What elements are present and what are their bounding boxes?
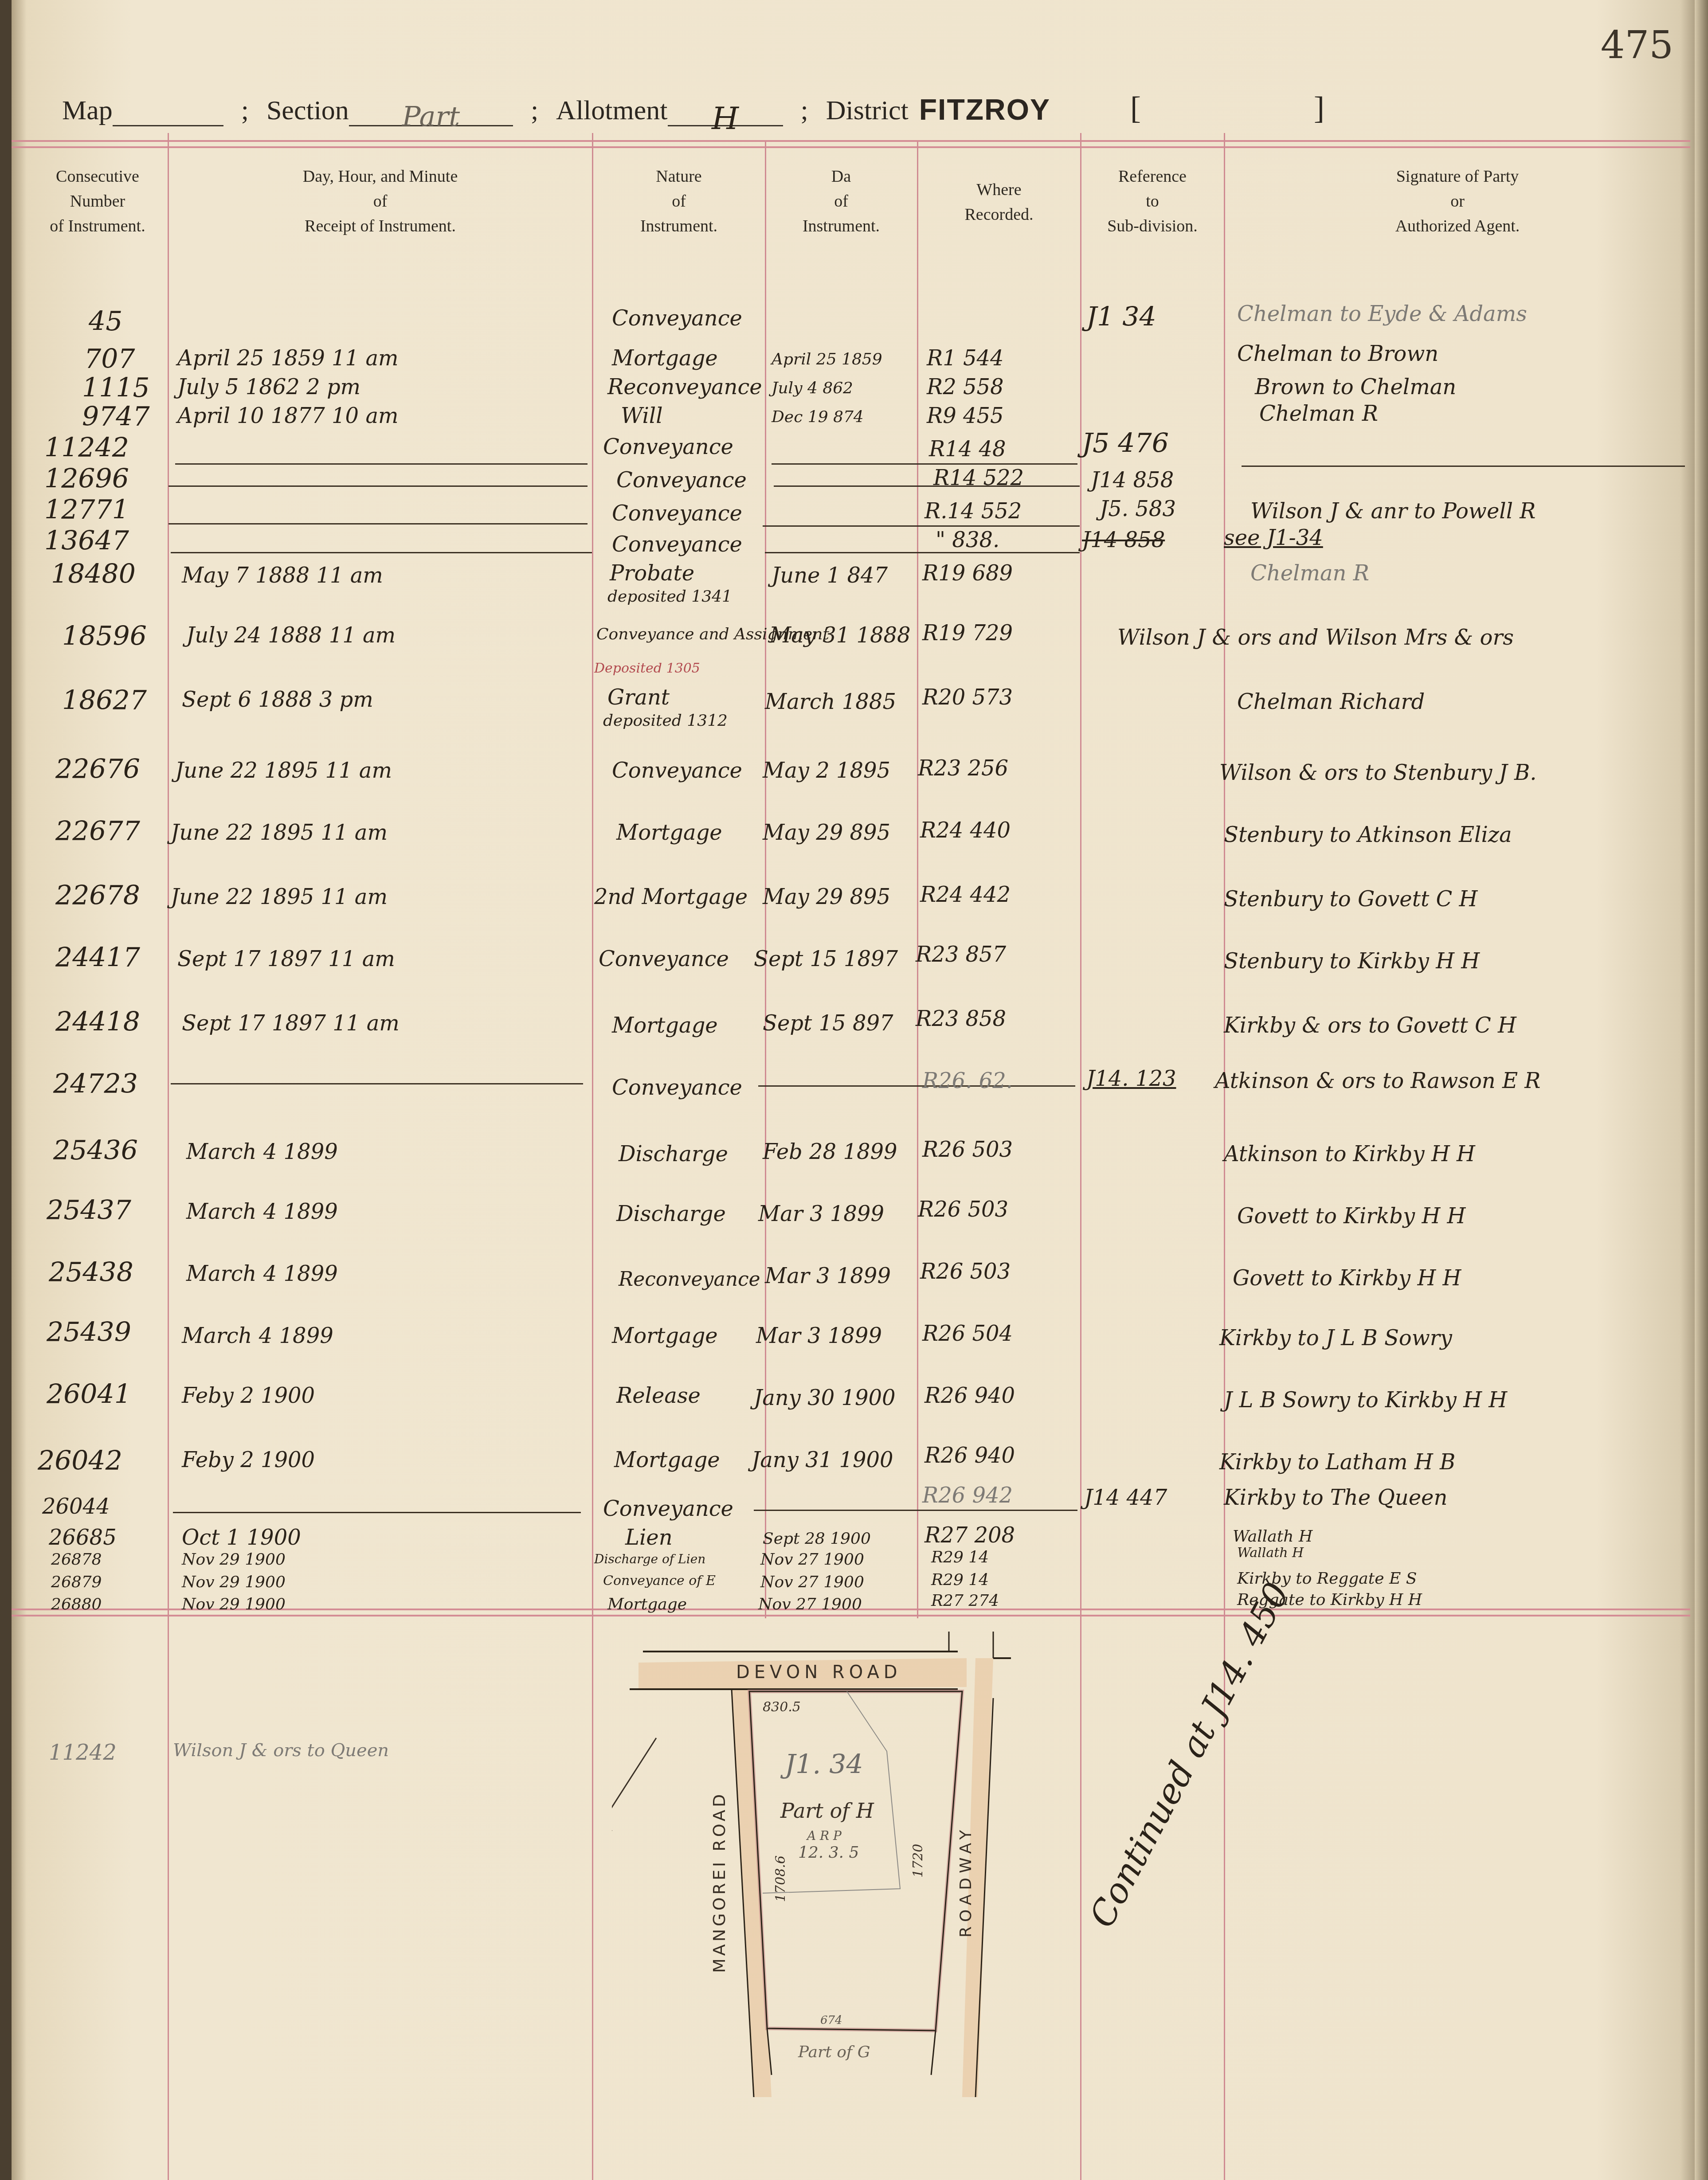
- entry-where: R26 503: [920, 1259, 1011, 1284]
- entry-where: R23 858: [916, 1006, 1006, 1031]
- entry-where: R23 857: [916, 942, 1006, 967]
- entry-date: Sept 15 1897: [754, 947, 898, 971]
- entry-nature: Discharge of Lien: [594, 1552, 705, 1566]
- entry-signature: Chelman to Eyde & Adams: [1237, 301, 1527, 326]
- entry-signature: J L B Sowry to Kirkby H H: [1224, 1388, 1507, 1413]
- entry-reference: J14. 123: [1086, 1066, 1176, 1091]
- entry-signature: Chelman Richard: [1237, 689, 1425, 714]
- column-divider: [1080, 133, 1081, 2180]
- entry-where: R26 940: [925, 1383, 1015, 1408]
- bracket-close: ]: [1314, 90, 1324, 126]
- entry-date: April 25 1859: [772, 350, 882, 368]
- entry-number: 25438: [49, 1257, 133, 1288]
- entry-number: 18480: [51, 559, 136, 590]
- entry-receipt: Nov 29 1900: [182, 1550, 286, 1569]
- col-header-signature: Signature of Party or Authorized Agent.: [1225, 164, 1690, 239]
- entry-date: Jany 31 1900: [752, 1448, 893, 1472]
- page-edge: [1695, 0, 1708, 2180]
- entry-where: R26 503: [918, 1197, 1008, 1222]
- entry-nature: Release: [616, 1383, 701, 1408]
- entry-where: R27 208: [925, 1523, 1015, 1548]
- entry-nature: Grant: [607, 685, 670, 710]
- blank-dash: [772, 463, 1077, 465]
- entry-nature: Mortgage: [616, 820, 722, 845]
- map-field: [113, 100, 223, 126]
- entry-date: Mar 3 1899: [756, 1323, 882, 1348]
- svg-text:830.5: 830.5: [763, 1699, 801, 1715]
- ledger-page: 475 Map ; Section Part ; Allotment H ; D…: [0, 0, 1708, 2180]
- entry-date: Sept 28 1900: [763, 1530, 871, 1548]
- entry-signature: Stenbury to Kirkby H H: [1224, 949, 1480, 974]
- entry-nature-note: deposited 1312: [603, 712, 728, 730]
- entry-signature: Kirkby to J L B Sowry: [1219, 1326, 1452, 1350]
- entry-signature: Govett to Kirkby H H: [1237, 1204, 1465, 1229]
- entry-number: 26042: [38, 1445, 122, 1476]
- entry-number: 11242: [44, 432, 129, 463]
- entry-signature: Kirkby to The Queen: [1224, 1485, 1447, 1510]
- entry-receipt: April 10 1877 10 am: [177, 403, 399, 428]
- entry-number: 9747: [82, 401, 150, 432]
- entry-nature: Reconveyance: [607, 375, 762, 399]
- table-bottom-rule: [12, 1615, 1690, 1616]
- entry-where: R26 504: [922, 1321, 1013, 1346]
- entry-signature: Stenbury to Atkinson Eliza: [1224, 822, 1512, 847]
- entry-number: 45: [89, 306, 122, 337]
- entry-where: " 838.: [936, 528, 999, 552]
- entry-number: 26880: [51, 1595, 102, 1613]
- entry-receipt: Feby 2 1900: [182, 1448, 315, 1472]
- entry-number: 12696: [44, 463, 129, 494]
- entry-reference: J14 858: [1082, 528, 1165, 552]
- blank-dash: [758, 1085, 1075, 1087]
- entry-nature: Lien: [625, 1525, 673, 1550]
- entry-number: 26685: [49, 1525, 117, 1550]
- entry-reference: J5 476: [1082, 428, 1169, 459]
- allotment-field: H: [668, 100, 783, 126]
- entry-number: 1115: [82, 372, 150, 403]
- entry-number: 707: [84, 344, 135, 375]
- book-binding: [0, 0, 12, 2180]
- entry-signature: Chelman R: [1250, 561, 1369, 586]
- entry-nature: Conveyance: [603, 1496, 733, 1521]
- entry-date: May 29 895: [763, 885, 890, 909]
- entry-reference: J14 447: [1084, 1485, 1167, 1510]
- svg-text:MANGOREI ROAD: MANGOREI ROAD: [709, 1792, 729, 1973]
- entry-signature: Stenbury to Govett C H: [1224, 887, 1477, 912]
- entry-number: 24723: [53, 1068, 138, 1100]
- entry-number: 18596: [62, 621, 147, 652]
- entry-date: May 29 895: [763, 820, 890, 845]
- entry-receipt: March 4 1899: [182, 1323, 333, 1348]
- svg-text:12. 3. 5: 12. 3. 5: [798, 1843, 859, 1862]
- entry-receipt: May 7 1888 11 am: [182, 563, 383, 588]
- entry-where: R26 503: [922, 1137, 1013, 1162]
- entry-nature: Conveyance: [612, 758, 742, 783]
- entry-nature: Probate: [610, 561, 694, 586]
- blank-dash: [168, 523, 588, 524]
- entry-reference: J14 858: [1091, 468, 1174, 493]
- entry-date: Dec 19 874: [772, 408, 864, 426]
- entry-where: R19 729: [922, 621, 1013, 646]
- blank-dash: [171, 552, 592, 553]
- district-value: FITZROY: [919, 93, 1050, 126]
- lower-entry-text: Wilson J & ors to Queen: [173, 1740, 389, 1761]
- entry-nature: Mortgage: [614, 1448, 720, 1472]
- entry-nature: Conveyance: [612, 532, 742, 557]
- entry-receipt: March 4 1899: [186, 1199, 338, 1224]
- entry-receipt: Nov 29 1900: [182, 1573, 286, 1591]
- entry-signature: Kirkby & ors to Govett C H: [1224, 1013, 1516, 1038]
- blank-dash: [754, 1510, 1077, 1511]
- blank-dash: [774, 485, 1080, 487]
- column-divider: [592, 133, 593, 2180]
- entry-where: R26 940: [925, 1443, 1015, 1468]
- entry-receipt: Feby 2 1900: [182, 1383, 315, 1408]
- entry-signature: Wilson & ors to Stenbury J B.: [1219, 760, 1537, 785]
- entry-date: Feb 28 1899: [763, 1139, 897, 1164]
- entry-nature: Mortgage: [612, 1323, 718, 1348]
- entry-date: Sept 15 897: [763, 1011, 893, 1036]
- entry-signature: Wilson J & ors and Wilson Mrs & ors: [1117, 625, 1514, 650]
- entry-reference: J1 34: [1086, 301, 1156, 333]
- entry-signature: Atkinson & ors to Rawson E R: [1215, 1068, 1540, 1093]
- page-number: 475: [1601, 23, 1673, 67]
- entry-number: 12771: [44, 494, 129, 525]
- col-header-where: Where Recorded.: [918, 177, 1080, 227]
- entry-number: 22677: [55, 816, 140, 847]
- entry-number: 26041: [47, 1379, 131, 1410]
- continued-note: Continued at J14. 450: [1082, 1576, 1297, 1934]
- entry-where: R26 942: [922, 1483, 1013, 1508]
- lower-entry-number: 11242: [49, 1740, 117, 1765]
- entry-nature: 2nd Mortgage: [594, 885, 748, 909]
- entry-where: R14 522: [933, 466, 1024, 490]
- map-label: Map: [62, 95, 113, 126]
- entry-where: R.14 552: [925, 499, 1022, 524]
- entry-where: R23 256: [918, 756, 1008, 781]
- header-rule: [12, 146, 1690, 148]
- entry-date: Jany 30 1900: [754, 1385, 896, 1410]
- entry-nature: Mortgage: [607, 1595, 687, 1613]
- entry-signature: see J1-34: [1224, 525, 1323, 550]
- entry-where: R29 14: [931, 1548, 989, 1566]
- svg-text:Part of G: Part of G: [798, 2043, 870, 2061]
- blank-dash: [171, 1083, 583, 1084]
- entry-number: 25437: [47, 1195, 131, 1226]
- entry-number: 24418: [55, 1006, 140, 1037]
- road-label-top: DEVON ROAD: [736, 1662, 902, 1683]
- entry-nature: Mortgage: [612, 346, 718, 371]
- entry-nature: Conveyance: [612, 501, 742, 526]
- entry-where: R24 442: [920, 882, 1011, 907]
- entry-nature-note: deposited 1341: [607, 587, 732, 606]
- entry-receipt: Sept 17 1897 11 am: [177, 947, 395, 971]
- entry-signature: Govett to Kirkby H H: [1233, 1266, 1461, 1291]
- entry-date: May 31 1888: [769, 623, 911, 648]
- entry-where: R27 274: [931, 1592, 999, 1610]
- entry-receipt: March 4 1899: [186, 1139, 338, 1164]
- entry-where: R29 14: [931, 1571, 989, 1589]
- entry-receipt: Nov 29 1900: [182, 1595, 286, 1613]
- entry-date: Nov 27 1900: [760, 1550, 864, 1569]
- entry-number: 22678: [55, 880, 140, 911]
- entry-receipt: March 4 1899: [186, 1261, 338, 1286]
- entry-nature-note: Deposited 1305: [594, 661, 700, 676]
- entry-date: Mar 3 1899: [758, 1202, 884, 1226]
- entry-receipt: July 5 1862 2 pm: [177, 375, 360, 399]
- bracket-open: [: [1130, 90, 1141, 126]
- entry-number: 26878: [51, 1550, 102, 1569]
- entry-number: 22676: [55, 754, 140, 785]
- svg-text:J1. 34: J1. 34: [780, 1749, 863, 1780]
- entry-number: 26044: [42, 1494, 110, 1519]
- parcel-sketch-map: DEVON ROAD 830.5 J1. 34 Part of H A R P …: [612, 1632, 1011, 2097]
- entry-where: R9 455: [927, 403, 1004, 428]
- entry-number: 13647: [44, 525, 129, 556]
- entry-number: 18627: [62, 685, 147, 716]
- entry-date: Nov 27 1900: [758, 1595, 862, 1613]
- district-label: District: [826, 95, 909, 126]
- entry-receipt: July 24 1888 11 am: [186, 623, 396, 648]
- entry-date: May 2 1895: [763, 758, 890, 783]
- entry-where: R26. 62.: [922, 1068, 1013, 1093]
- entry-date: June 1 847: [772, 563, 888, 588]
- ledger-header: Map ; Section Part ; Allotment H ; Distr…: [62, 86, 1664, 126]
- entry-signature: Atkinson to Kirkby H H: [1224, 1142, 1475, 1166]
- col-header-number: Consecutive Number of Instrument.: [27, 164, 168, 239]
- entry-nature: Reconveyance: [619, 1268, 760, 1291]
- entry-nature: Conveyance: [603, 434, 733, 459]
- svg-text:Part of H: Part of H: [780, 1799, 874, 1823]
- entry-receipt: Oct 1 1900: [182, 1525, 301, 1550]
- entry-date: March 1885: [765, 689, 896, 714]
- entry-where: R19 689: [922, 561, 1013, 586]
- section-label: Section: [266, 95, 349, 126]
- entry-nature: Conveyance: [612, 306, 742, 331]
- entry-nature: Will: [621, 403, 663, 428]
- blank-dash: [1242, 466, 1685, 467]
- entry-signature: Kirkby to Latham H B: [1219, 1450, 1455, 1475]
- entry-receipt: Sept 6 1888 3 pm: [182, 687, 373, 712]
- entry-number: 25436: [53, 1135, 138, 1166]
- entry-where: R2 558: [927, 375, 1004, 399]
- svg-text:1708.6: 1708.6: [773, 1855, 788, 1902]
- col-header-nature: Nature of Instrument.: [593, 164, 765, 239]
- entry-nature: Conveyance: [616, 468, 747, 493]
- entry-nature: Conveyance: [599, 947, 729, 971]
- entry-where: R1 544: [927, 346, 1004, 371]
- column-divider: [917, 142, 918, 1618]
- entry-signature: Wallath H: [1237, 1545, 1304, 1561]
- entry-where: R14 48: [929, 437, 1006, 462]
- entry-receipt: June 22 1895 11 am: [171, 885, 388, 909]
- entry-where: R24 440: [920, 818, 1011, 843]
- svg-text:A R P: A R P: [806, 1828, 842, 1843]
- entry-signature: Wallath H: [1233, 1527, 1312, 1546]
- entry-signature: Chelman R: [1259, 401, 1378, 426]
- col-header-date: Da of Instrument.: [766, 164, 917, 239]
- section-field: Part: [349, 100, 513, 126]
- entry-nature: Conveyance: [612, 1075, 742, 1100]
- blank-dash: [763, 525, 1080, 527]
- entry-signature: Chelman to Brown: [1237, 341, 1438, 366]
- column-divider: [168, 133, 169, 2180]
- entry-receipt: June 22 1895 11 am: [171, 820, 388, 845]
- entry-number: 25439: [47, 1317, 131, 1348]
- entry-date: Mar 3 1899: [765, 1264, 891, 1288]
- blank-dash: [175, 463, 588, 465]
- entry-receipt: April 25 1859 11 am: [177, 346, 399, 371]
- entry-nature: Conveyance of E: [603, 1573, 716, 1589]
- col-header-reference: Reference to Sub-division.: [1081, 164, 1224, 239]
- blank-dash: [168, 485, 588, 487]
- entry-receipt: June 22 1895 11 am: [175, 758, 392, 783]
- blank-dash: [765, 552, 1080, 553]
- svg-text:674: 674: [820, 2014, 842, 2027]
- entry-nature: Discharge: [619, 1142, 728, 1166]
- entry-date: July 4 862: [772, 379, 853, 397]
- entry-signature: Brown to Chelman: [1255, 375, 1456, 399]
- header-rule: [12, 140, 1690, 142]
- entry-receipt: Sept 17 1897 11 am: [182, 1011, 400, 1036]
- svg-text:ROADWAY: ROADWAY: [957, 1825, 975, 1937]
- entry-nature: Mortgage: [612, 1013, 718, 1038]
- entry-nature: Discharge: [616, 1202, 726, 1226]
- entry-number: 26879: [51, 1573, 102, 1591]
- entry-date: Nov 27 1900: [760, 1573, 864, 1591]
- entry-reference: J5. 583: [1100, 497, 1176, 521]
- allotment-label: Allotment: [556, 95, 667, 126]
- entry-where: R20 573: [922, 685, 1013, 710]
- entry-number: 24417: [55, 942, 140, 973]
- col-header-receipt: Day, Hour, and Minute of Receipt of Inst…: [168, 164, 592, 239]
- blank-dash: [173, 1512, 581, 1513]
- svg-text:1720: 1720: [910, 1844, 926, 1878]
- entry-signature: Wilson J & anr to Powell R: [1250, 499, 1536, 524]
